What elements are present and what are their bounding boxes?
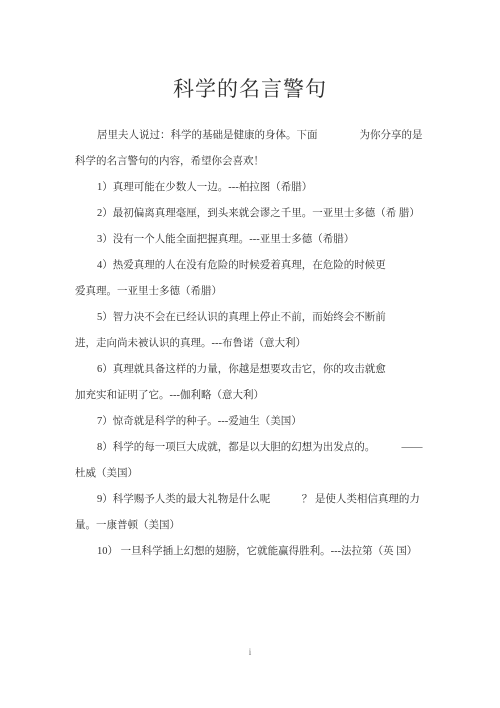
page-number: i — [0, 646, 500, 658]
document-page: 科学的名言警句 居里夫人说过：科学的基础是健康的身体。下面 为你分享的是科学的名… — [0, 0, 500, 708]
text-line: 爱真理。一亚里士多德（希腊） — [75, 279, 435, 305]
document-title: 科学的名言警句 — [0, 77, 500, 101]
text-line: 量。一康普顿（美国） — [75, 513, 435, 539]
text-line: 6）真理就具备这样的力量，你越是想要攻击它，你的攻击就愈 — [75, 357, 435, 383]
text-line: 进，走向尚未被认识的真理。---布鲁诺（意大利） — [75, 331, 435, 357]
text-line: 9）科学赐予人类的最大礼物是什么呢 ？ 是使人类相信真理的力 — [75, 487, 435, 513]
text-line: 2）最初偏离真理毫厘，到头来就会谬之千里。一亚里士多德（希 腊） — [75, 201, 435, 227]
document-body: 居里夫人说过：科学的基础是健康的身体。下面 为你分享的是科学的名言警句的内容，希… — [75, 123, 435, 565]
text-line: 加充实和证明了它。---伽利略（意大利） — [75, 383, 435, 409]
text-line: 5）智力决不会在已经认识的真理上停止不前，而始终会不断前 — [75, 305, 435, 331]
text-line: 4）热爱真理的人在没有危险的时候爱着真理，在危险的时候更 — [75, 253, 435, 279]
text-line: 科学的名言警句的内容，希望你会喜欢！ — [75, 149, 435, 175]
text-line: 8）科学的每一项巨大成就，都是以大胆的幻想为出发点的。 —— — [75, 435, 435, 461]
text-line: 10） 一旦科学插上幻想的翅膀，它就能赢得胜利。---法拉第（英 国） — [75, 539, 435, 565]
text-line: 7）惊奇就是科学的种子。---爱迪生（美国） — [75, 409, 435, 435]
text-line: 居里夫人说过：科学的基础是健康的身体。下面 为你分享的是 — [75, 123, 435, 149]
text-line: 1）真理可能在少数人一边。---柏拉图（希腊） — [75, 175, 435, 201]
text-line: 3）没有一个人能全面把握真理。---亚里士多德（希腊） — [75, 227, 435, 253]
text-line: 杜威（美国） — [75, 461, 435, 487]
